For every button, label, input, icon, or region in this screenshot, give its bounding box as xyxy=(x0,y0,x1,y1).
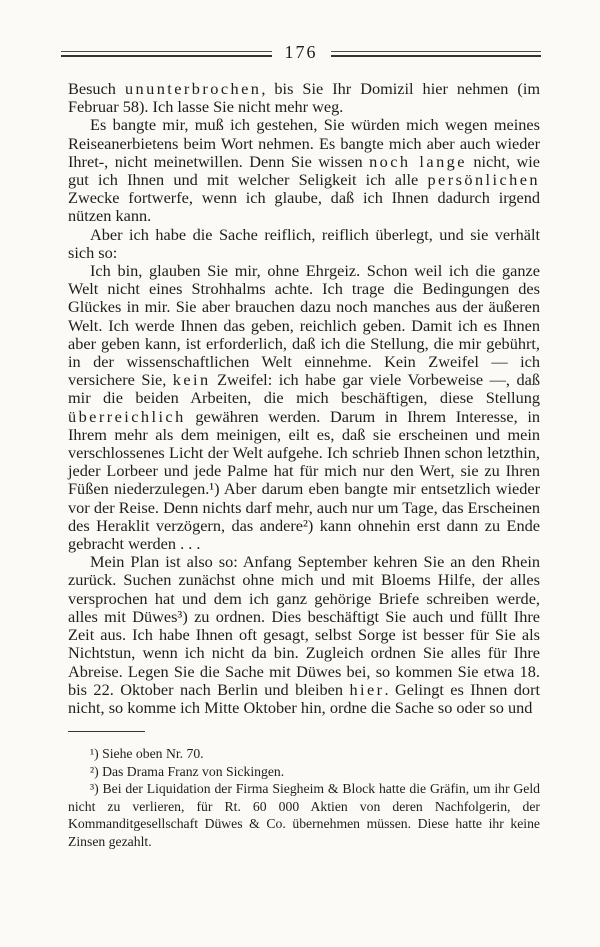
text-run: Zwecke fortwerfe, wenn ich glaube, daß i… xyxy=(68,188,540,225)
letterspaced-text: hier xyxy=(349,680,384,699)
paragraph: Mein Plan ist also so: Anfang September … xyxy=(68,553,540,717)
paragraph: Aber ich habe die Sache reiflich, reifli… xyxy=(68,226,540,262)
text-run: Besuch xyxy=(68,79,125,98)
text-run: Aber ich habe die Sache reiflich, reifli… xyxy=(68,225,540,262)
letterspaced-text: persönlichen xyxy=(427,170,540,189)
footnote: ²) Das Drama Franz von Sickingen. xyxy=(68,763,540,781)
book-page: 176 Besuch ununterbrochen, bis Sie Ihr D… xyxy=(0,0,600,947)
footnote: ³) Bei der Liquidation der Firma Sieghei… xyxy=(68,780,540,850)
text-run: gewähren werden. Darum in Ihrem Interess… xyxy=(68,407,540,553)
text-run: Mein Plan ist also so: Anfang September … xyxy=(68,552,540,698)
letter-text: Besuch ununterbrochen, bis Sie Ihr Domiz… xyxy=(68,80,540,717)
letterspaced-text: kein xyxy=(173,370,211,389)
letterspaced-text: noch lange xyxy=(369,152,467,171)
header-rule-left xyxy=(61,51,272,57)
footnote-separator-rule xyxy=(68,731,145,732)
footnotes: ¹) Siehe oben Nr. 70.²) Das Drama Franz … xyxy=(68,745,540,851)
paragraph: Besuch ununterbrochen, bis Sie Ihr Domiz… xyxy=(68,80,540,116)
footnote: ¹) Siehe oben Nr. 70. xyxy=(68,745,540,763)
paragraph: Es bangte mir, muß ich gestehen, Sie wür… xyxy=(68,116,540,225)
page-number: 176 xyxy=(272,43,331,61)
paragraph: Ich bin, glauben Sie mir, ohne Ehrgeiz. … xyxy=(68,262,540,553)
page-header: 176 xyxy=(0,0,600,63)
letterspaced-text: überreichlich xyxy=(68,407,186,426)
letterspaced-text: ununterbrochen xyxy=(125,79,261,98)
header-rule-right xyxy=(331,51,542,57)
